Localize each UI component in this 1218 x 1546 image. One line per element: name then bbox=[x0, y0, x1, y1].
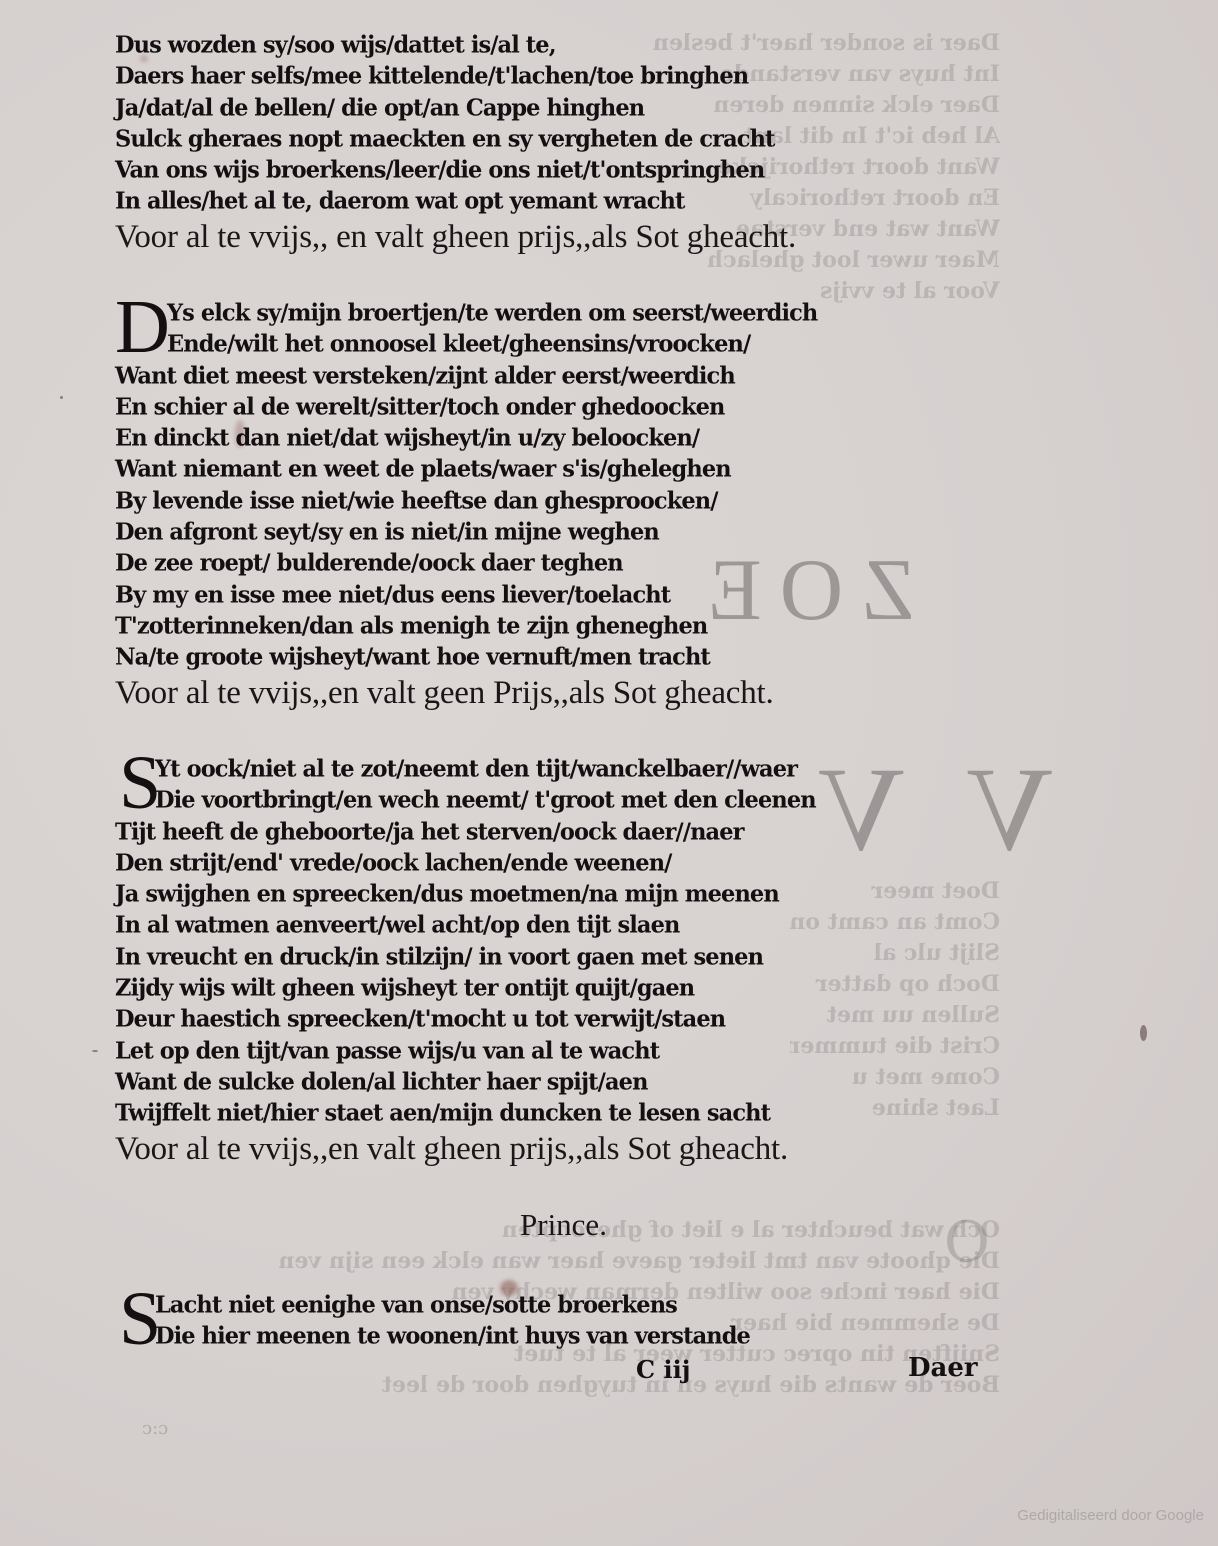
verse-line: Yt oock/niet al te zot/neemt den tijt/wa… bbox=[115, 753, 816, 786]
verse-line: Dus wozden sy/soo wijs/dattet is/al te, bbox=[115, 29, 796, 62]
verse-line: T'zotterinneken/dan als menigh te zijn g… bbox=[115, 610, 817, 643]
verse-line: En schier al de werelt/sitter/toch onder… bbox=[115, 391, 817, 424]
signature-mark: C iij bbox=[636, 1355, 690, 1384]
verse-line: In vreucht en druck/in stilzijn/ in voor… bbox=[115, 941, 816, 974]
verse-line: Daers haer selfs/mee kittelende/t'lachen… bbox=[115, 61, 796, 94]
drop-cap-block: D Ys elck sy/mijn broertjen/te werden om… bbox=[115, 298, 817, 361]
verse-line: In alles/het al te, daerom wat opt yeman… bbox=[115, 186, 796, 219]
catchword: Daer bbox=[908, 1353, 978, 1383]
verse-line: Die voortbringt/en wech neemt/ t'groot m… bbox=[115, 785, 816, 818]
show-through-text-mid: Doet meerComt an camt onSlijt ulc alDoch… bbox=[790, 876, 1000, 1124]
verse-line: Let op den tijt/van passe wijs/u van al … bbox=[115, 1035, 816, 1068]
verse-line: Want de sulcke dolen/al lichter haer spi… bbox=[115, 1066, 816, 1099]
verse-line: Sulck gheraes nopt maeckten en sy verghe… bbox=[115, 123, 796, 156]
refrain-line: Voor al te vvijs,, en valt gheen prijs,,… bbox=[115, 218, 796, 256]
verse-line: In al watmen aenveert/wel acht/op den ti… bbox=[115, 910, 816, 943]
drop-cap-block: S Lacht niet eenighe van onse/sotte broe… bbox=[115, 1290, 750, 1353]
verse-line: Lacht niet eenighe van onse/sotte broerk… bbox=[115, 1289, 750, 1322]
verse-line: Want niemant en weet de plaets/waer s'is… bbox=[115, 454, 817, 487]
verse-line: Na/te groote wijsheyt/want hoe vernuft/m… bbox=[115, 641, 817, 674]
scanned-book-page: Daer is sonder haer't beslenInt huys van… bbox=[0, 0, 1218, 1546]
refrain-line: Voor al te vvijs,,en valt geen Prijs,,al… bbox=[115, 674, 817, 712]
verse-line: Twijffelt niet/hier staet aen/mijn dunck… bbox=[115, 1097, 816, 1130]
verse-line: Deur haestich spreecken/t'mocht u tot ve… bbox=[115, 1004, 816, 1037]
verse-line: En dinckt dan niet/dat wijsheyt/in u/zy … bbox=[115, 422, 817, 455]
paper-speck bbox=[92, 1050, 98, 1052]
verse-line: Ja swijghen en spreecken/dus moetmen/na … bbox=[115, 878, 816, 911]
verse-line: Zijdy wijs wilt gheen wijsheyt ter ontij… bbox=[115, 972, 816, 1005]
section-heading-prince: Prince. bbox=[520, 1207, 607, 1243]
verse-line: Ys elck sy/mijn broertjen/te werden om s… bbox=[115, 297, 817, 330]
refrain-line: Voor al te vvijs,,en valt gheen prijs,,a… bbox=[115, 1130, 816, 1168]
verse-line: De zee roept/ bulderende/oock daer teghe… bbox=[115, 548, 817, 581]
verse-line: Ende/wilt het onnoosel kleet/gheensins/v… bbox=[115, 329, 817, 362]
verse-line: Die hier meenen te woonen/int huys van v… bbox=[115, 1321, 750, 1354]
stanza-3: S Yt oock/niet al te zot/neemt den tijt/… bbox=[115, 754, 816, 1168]
verse-line: By levende isse niet/wie heeftse dan ghe… bbox=[115, 485, 817, 518]
verse-line: Want diet meest versteken/zijnt alder ee… bbox=[115, 360, 817, 393]
verse-line: Tijt heeft de gheboorte/ja het sterven/o… bbox=[115, 816, 816, 849]
verse-line: By my en isse mee niet/dus eens liever/t… bbox=[115, 579, 817, 612]
verse-line: Van ons wijs broerkens/leer/die ons niet… bbox=[115, 154, 796, 187]
prince-stanza: S Lacht niet eenighe van onse/sotte broe… bbox=[115, 1290, 750, 1353]
paper-speck bbox=[1140, 1025, 1147, 1041]
show-through-large-v: V V bbox=[800, 740, 1053, 878]
verse-line: Den strijt/end' vrede/oock lachen/ende w… bbox=[115, 847, 816, 880]
stanza-1: Dus wozden sy/soo wijs/dattet is/al te, … bbox=[115, 30, 796, 256]
paper-speck bbox=[60, 396, 63, 399]
verse-line: Den afgront seyt/sy en is niet/in mijne … bbox=[115, 516, 817, 549]
digitization-watermark: Gedigitaliseerd door Google bbox=[1017, 1507, 1204, 1524]
drop-cap-block: S Yt oock/niet al te zot/neemt den tijt/… bbox=[115, 754, 816, 817]
stanza-2: D Ys elck sy/mijn broertjen/te werden om… bbox=[115, 298, 817, 712]
verse-line: Ja/dat/al de bellen/ die opt/an Cappe hi… bbox=[115, 92, 796, 125]
show-through-letter-o: O bbox=[944, 1210, 990, 1275]
paper-mark: ↄ:ɔ bbox=[142, 1418, 168, 1439]
